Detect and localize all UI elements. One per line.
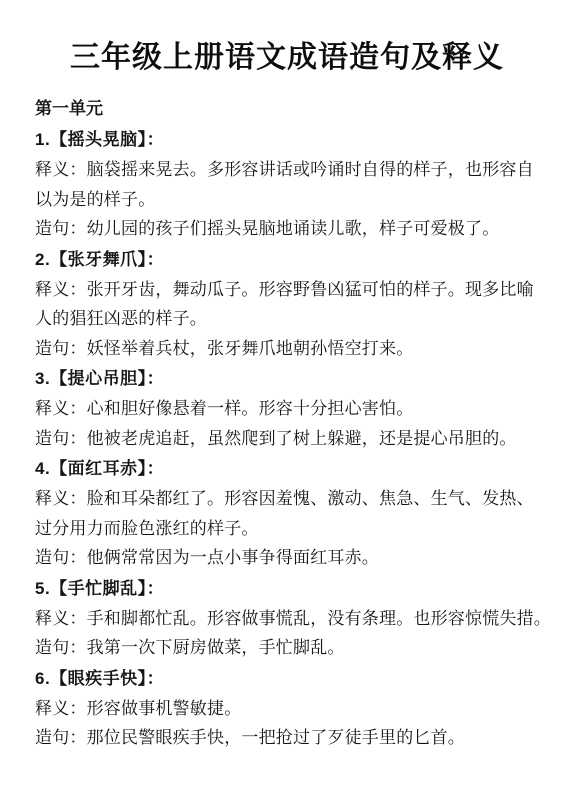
definition-line: 释义：脸和耳朵都红了。形容因羞愧、激动、焦急、生气、发热、 [35,484,539,514]
definition-line: 释义：张开牙齿，舞动瓜子。形容野鲁凶猛可怕的样子。现多比喻 [35,275,539,305]
definition-line: 释义：手和脚都忙乱。形容做事慌乱，没有条理。也形容惊慌失措。 [35,604,539,634]
idiom-section-3: 3.【提心吊胆】： 释义：心和胆好像悬着一样。形容十分担心害怕。 造句：他被老虎… [35,364,539,453]
idiom-heading: 3.【提心吊胆】： [35,364,539,394]
definition-line: 以为是的样子。 [35,185,539,215]
unit-heading: 第一单元 [35,94,539,124]
idiom-heading: 6.【眼疾手快】： [35,664,539,694]
idiom-section-5: 5.【手忙脚乱】： 释义：手和脚都忙乱。形容做事慌乱，没有条理。也形容惊慌失措。… [35,574,539,663]
page-title: 三年级上册语文成语造句及释义 [35,38,539,78]
sentence-line: 造句：他俩常常因为一点小事争得面红耳赤。 [35,543,539,573]
idiom-heading: 1.【摇头晃脑】： [35,125,539,155]
definition-line: 过分用力而脸色涨红的样子。 [35,514,539,544]
idiom-heading: 5.【手忙脚乱】： [35,574,539,604]
definition-line: 释义：形容做事机警敏捷。 [35,694,539,724]
idiom-section-1: 1.【摇头晃脑】： 释义：脑袋摇来晃去。多形容讲话或吟诵时自得的样子，也形容自 … [35,125,539,244]
sentence-line: 造句：我第一次下厨房做菜，手忙脚乱。 [35,633,539,663]
sentence-line: 造句：妖怪举着兵杖，张牙舞爪地朝孙悟空打来。 [35,334,539,364]
idiom-heading: 2.【张牙舞爪】： [35,245,539,275]
idiom-section-6: 6.【眼疾手快】： 释义：形容做事机警敏捷。 造句：那位民警眼疾手快，一把抢过了… [35,664,539,753]
sentence-line: 造句：他被老虎追赶，虽然爬到了树上躲避，还是提心吊胆的。 [35,424,539,454]
idiom-heading: 4.【面红耳赤】： [35,454,539,484]
definition-line: 释义：脑袋摇来晃去。多形容讲话或吟诵时自得的样子，也形容自 [35,155,539,185]
idiom-section-4: 4.【面红耳赤】： 释义：脸和耳朵都红了。形容因羞愧、激动、焦急、生气、发热、 … [35,454,539,573]
document-page: 三年级上册语文成语造句及释义 第一单元 1.【摇头晃脑】： 释义：脑袋摇来晃去。… [0,0,565,800]
definition-line: 释义：心和胆好像悬着一样。形容十分担心害怕。 [35,394,539,424]
sentence-line: 造句：幼儿园的孩子们摇头晃脑地诵读儿歌，样子可爱极了。 [35,214,539,244]
sentence-line: 造句：那位民警眼疾手快，一把抢过了歹徒手里的匕首。 [35,723,539,753]
idiom-section-2: 2.【张牙舞爪】： 释义：张开牙齿，舞动瓜子。形容野鲁凶猛可怕的样子。现多比喻 … [35,245,539,364]
definition-line: 人的猖狂凶恶的样子。 [35,304,539,334]
